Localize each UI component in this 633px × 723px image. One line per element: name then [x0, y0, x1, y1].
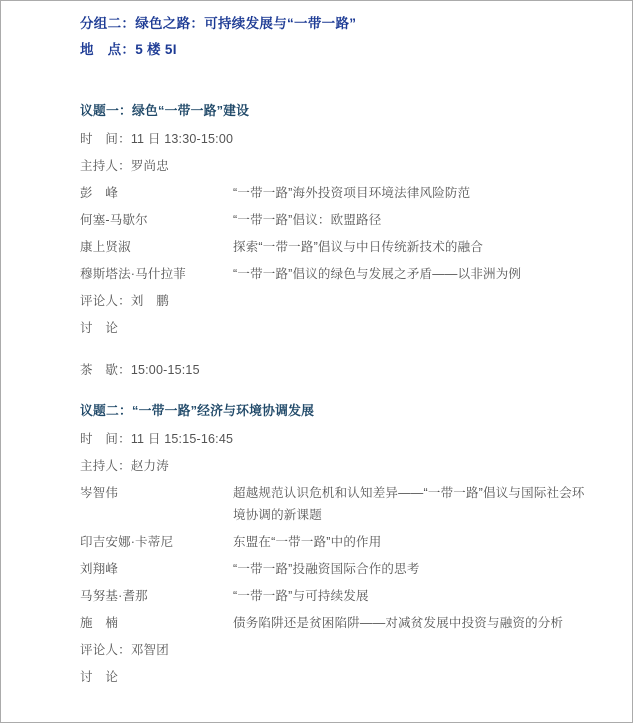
tea-break-time: 15:00-15:15 [131, 363, 200, 377]
time-row: 时 间：11 日 13:30-15:00 [80, 128, 594, 150]
topic-2-heading: 议题二：“一带一路”经济与环境协调发展 [80, 400, 594, 422]
paper-title: “一带一路”倡议：欧盟路径 [233, 209, 594, 231]
paper-title: “一带一路”倡议的绿色与发展之矛盾——以非洲为例 [233, 263, 594, 285]
chair-label: 主持人： [80, 159, 131, 173]
paper-title: “一带一路”投融资国际合作的思考 [233, 558, 594, 580]
speaker-name: 穆斯塔法·马什拉菲 [80, 263, 233, 285]
location-value: 5 楼 5I [135, 42, 177, 57]
speaker-row: 彭 峰 “一带一路”海外投资项目环境法律风险防范 [80, 182, 594, 204]
discussant-name: 邓智团 [131, 643, 169, 657]
speaker-row: 何塞-马歇尔 “一带一路”倡议：欧盟路径 [80, 209, 594, 231]
speaker-name: 康上贤淑 [80, 236, 233, 258]
tea-break-row: 茶 歇：15:00-15:15 [80, 359, 594, 381]
chair-label: 主持人： [80, 459, 131, 473]
speaker-name: 施 楠 [80, 612, 233, 634]
discussant-row: 评论人：刘 鹏 [80, 290, 594, 312]
chair-row: 主持人：赵力涛 [80, 455, 594, 477]
document-page: 分组二：绿色之路：可持续发展与“一带一路” 地 点：5 楼 5I 议题一：绿色“… [0, 0, 633, 723]
speaker-name: 彭 峰 [80, 182, 233, 204]
session-group-title: 分组二：绿色之路：可持续发展与“一带一路” [80, 13, 594, 34]
speaker-row: 印吉安娜·卡蒂尼 东盟在“一带一路”中的作用 [80, 531, 594, 553]
discussant-row: 评论人：邓智团 [80, 639, 594, 661]
paper-title: 东盟在“一带一路”中的作用 [233, 531, 594, 553]
speaker-row: 施 楠 债务陷阱还是贫困陷阱——对减贫发展中投资与融资的分析 [80, 612, 594, 634]
time-value: 11 日 13:30-15:00 [131, 132, 233, 146]
speaker-name: 岑智伟 [80, 482, 233, 526]
paper-title: 探索“一带一路”倡议与中日传统新技术的融合 [233, 236, 594, 258]
session-location: 地 点：5 楼 5I [80, 39, 594, 60]
chair-name: 赵力涛 [131, 459, 169, 473]
tea-break-label: 茶 歇： [80, 363, 131, 377]
time-label: 时 间： [80, 432, 131, 446]
chair-row: 主持人：罗尚忠 [80, 155, 594, 177]
discussant-label: 评论人： [80, 643, 131, 657]
paper-title: 债务陷阱还是贫困陷阱——对减贫发展中投资与融资的分析 [233, 612, 594, 634]
paper-title: 超越规范认识危机和认知差异——“一带一路”倡议与国际社会环境协调的新课题 [233, 482, 594, 526]
time-label: 时 间： [80, 132, 131, 146]
discussion-row: 讨 论 [80, 317, 594, 339]
discussant-name: 刘 鹏 [131, 294, 169, 308]
speaker-row: 康上贤淑 探索“一带一路”倡议与中日传统新技术的融合 [80, 236, 594, 258]
discussant-label: 评论人： [80, 294, 131, 308]
speaker-name: 何塞-马歇尔 [80, 209, 233, 231]
speaker-row: 岑智伟 超越规范认识危机和认知差异——“一带一路”倡议与国际社会环境协调的新课题 [80, 482, 594, 526]
speaker-name: 马努基·耆那 [80, 585, 233, 607]
topic-2-section: 议题二：“一带一路”经济与环境协调发展 时 间：11 日 15:15-16:45… [80, 400, 594, 688]
topic-1-heading: 议题一：绿色“一带一路”建设 [80, 100, 594, 122]
speaker-row: 刘翔峰 “一带一路”投融资国际合作的思考 [80, 558, 594, 580]
topic-1-section: 议题一：绿色“一带一路”建设 时 间：11 日 13:30-15:00 主持人：… [80, 100, 594, 339]
speaker-name: 印吉安娜·卡蒂尼 [80, 531, 233, 553]
chair-name: 罗尚忠 [131, 159, 169, 173]
paper-title: “一带一路”海外投资项目环境法律风险防范 [233, 182, 594, 204]
speaker-name: 刘翔峰 [80, 558, 233, 580]
time-row: 时 间：11 日 15:15-16:45 [80, 428, 594, 450]
location-label: 地 点： [80, 42, 135, 57]
discussion-row: 讨 论 [80, 666, 594, 688]
time-value: 11 日 15:15-16:45 [131, 432, 233, 446]
speaker-row: 马努基·耆那 “一带一路”与可持续发展 [80, 585, 594, 607]
speaker-row: 穆斯塔法·马什拉菲 “一带一路”倡议的绿色与发展之矛盾——以非洲为例 [80, 263, 594, 285]
paper-title: “一带一路”与可持续发展 [233, 585, 594, 607]
